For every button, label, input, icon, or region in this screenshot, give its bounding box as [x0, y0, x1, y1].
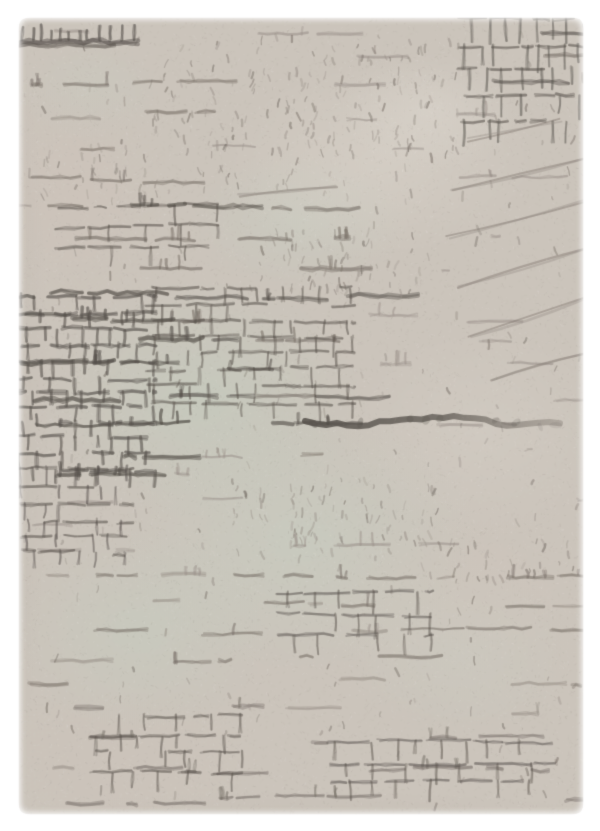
rug-photo-canvas	[0, 0, 600, 831]
page: { "meta": { "subject": "abstract texture…	[0, 0, 600, 831]
rug-product-photo	[0, 0, 600, 831]
